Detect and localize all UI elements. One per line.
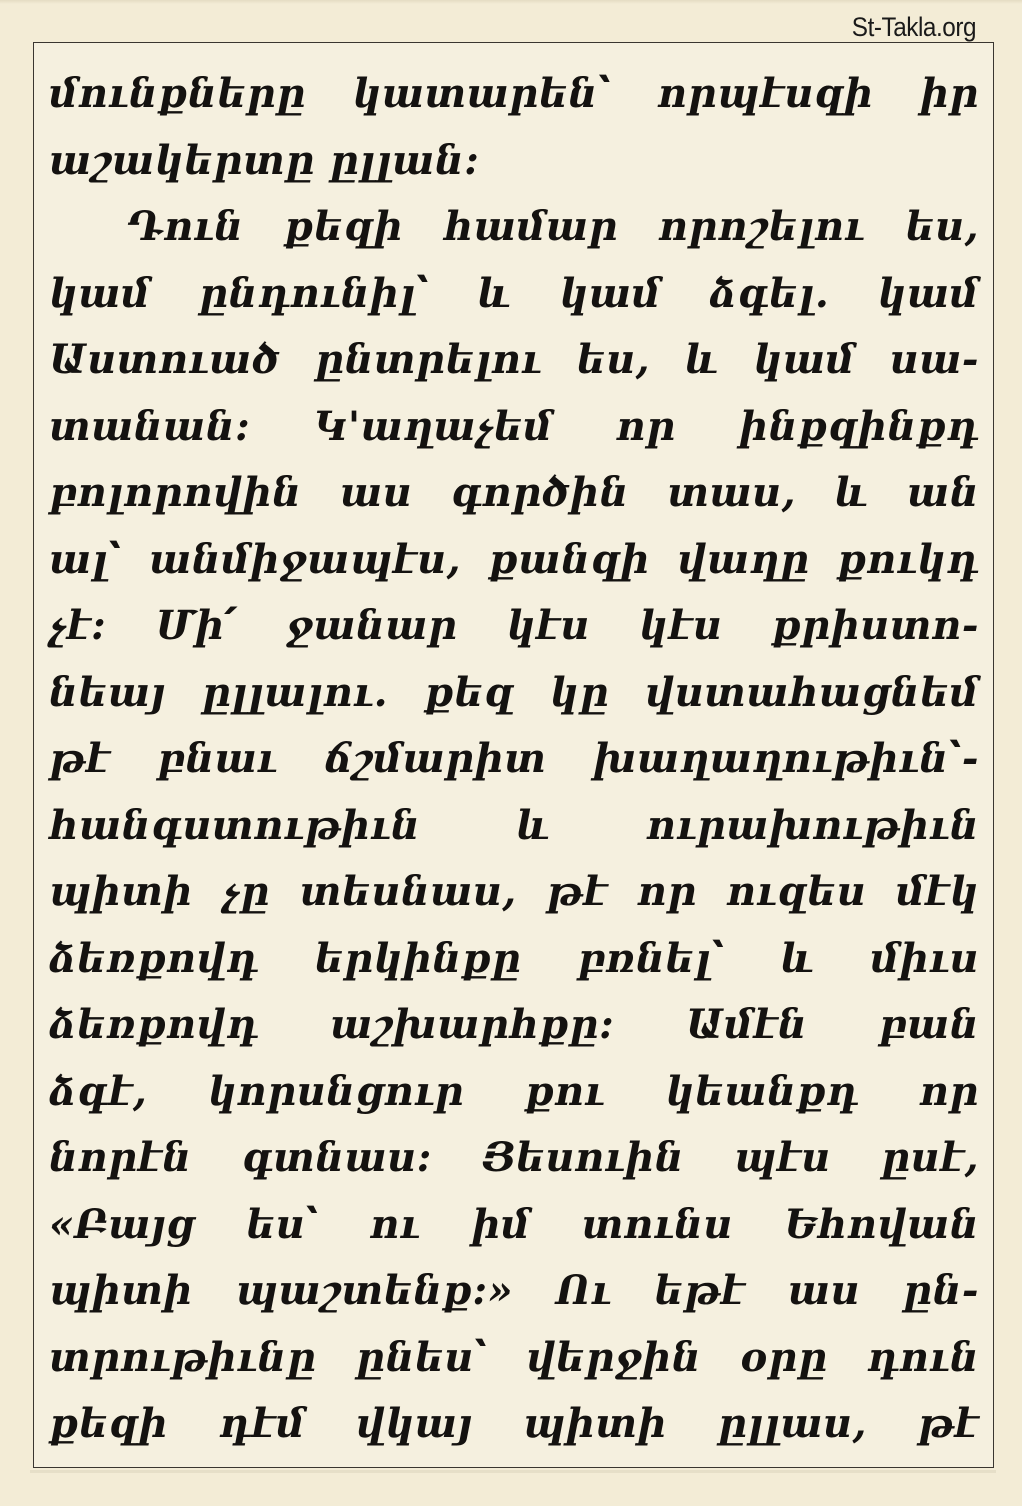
text-line-13: պիտի չը տեսնաս, թէ որ ուզես մէկ bbox=[49, 859, 979, 926]
text-line-10: նեայ ըլլալու. քեզ կը վստահացնեմ bbox=[49, 660, 979, 727]
text-line-5: Աստուած ընտրելու ես, և կամ սա- bbox=[49, 327, 979, 394]
text-line-6: տանան: Կ'աղաչեմ որ ինքզինքդ bbox=[49, 394, 979, 461]
text-line-17: նորէն գտնաս: Յեսուին պէս ըսէ, bbox=[49, 1125, 979, 1192]
frame-bottom-shadow bbox=[30, 1470, 996, 1473]
page-text: մունքները կատարեն՝ որպէսզի իր աշակերտը ը… bbox=[49, 61, 979, 1458]
text-line-18: «Բայց ես՝ ու իմ տունս Եհովան bbox=[49, 1192, 979, 1259]
text-line-11: թէ բնաւ ճշմարիտ խաղաղութիւն՝- bbox=[49, 726, 979, 793]
scan-top-edge bbox=[0, 0, 1022, 4]
text-line-8: ալ՝ անմիջապէս, քանզի վաղը քուկդ bbox=[49, 527, 979, 594]
text-line-4: կամ ընդունիլ՝ և կամ ձգել. կամ bbox=[49, 261, 979, 328]
text-line-2: աշակերտը ըլլան: bbox=[49, 128, 979, 195]
text-frame: մունքները կատարեն՝ որպէսզի իր աշակերտը ը… bbox=[33, 42, 994, 1468]
text-line-9: չէ: Մի՛ ջանար կէս կէս քրիստո- bbox=[49, 593, 979, 660]
watermark: St-Takla.org bbox=[852, 12, 976, 43]
text-line-12: հանգստութիւն և ուրախութիւն bbox=[49, 793, 979, 860]
text-line-15: ձեռքովդ աշխարհքը: Ամէն բան bbox=[49, 992, 979, 1059]
text-line-14: ձեռքովդ երկինքը բռնել՝ և միւս bbox=[49, 926, 979, 993]
text-line-1: մունքները կատարեն՝ որպէսզի իր bbox=[49, 61, 979, 128]
text-line-3: Դուն քեզի համար որոշելու ես, bbox=[49, 194, 979, 261]
text-line-7: բոլորովին աս գործին տաս, և ան bbox=[49, 460, 979, 527]
text-line-20: տրութիւնը ընես՝ վերջին օրը դուն bbox=[49, 1325, 979, 1392]
text-line-19: պիտի պաշտենք:» Ու եթէ աս ըն- bbox=[49, 1258, 979, 1325]
text-line-21: քեզի դէմ վկայ պիտի ըլլաս, թէ bbox=[49, 1391, 979, 1458]
text-line-16: ձգէ, կորսնցուր քու կեանքդ որ bbox=[49, 1059, 979, 1126]
